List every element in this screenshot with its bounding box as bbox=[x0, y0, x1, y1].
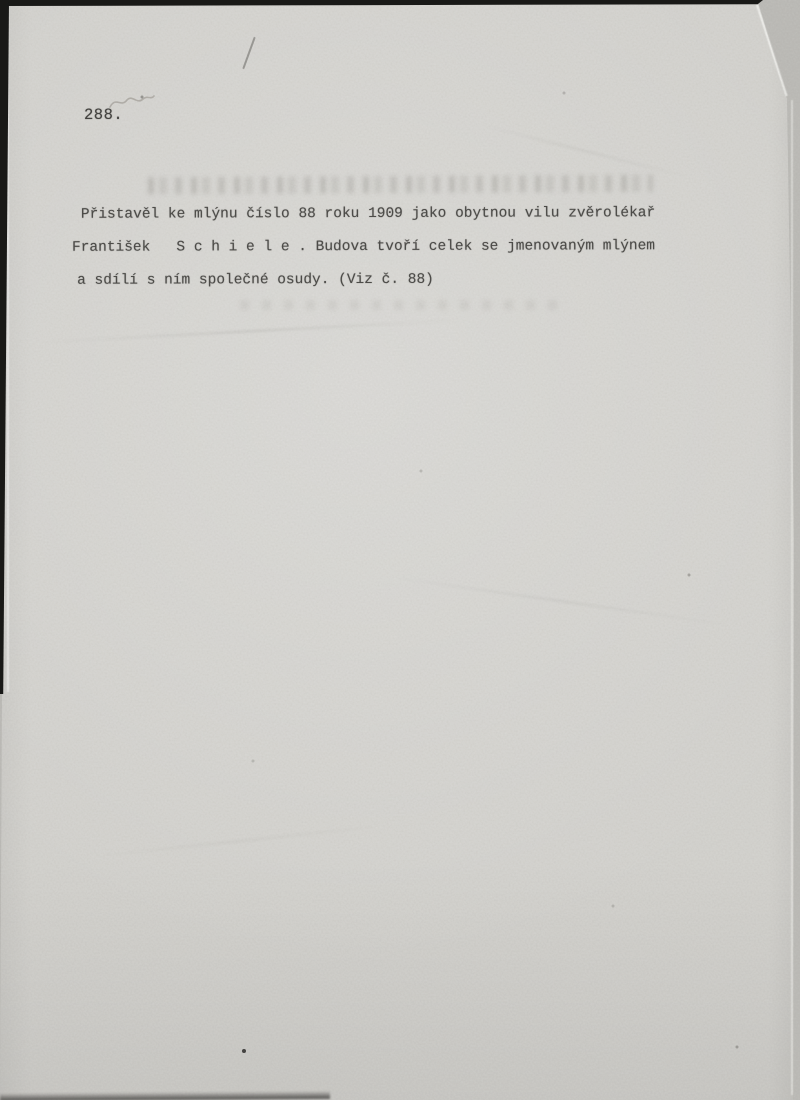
page-number: 288. bbox=[84, 106, 123, 124]
typewritten-paragraph: Přistavěl ke mlýnu číslo 88 roku 1909 ja… bbox=[72, 197, 656, 298]
paper-sheet: 288. Přistavěl ke mlýnu číslo 88 roku 19… bbox=[0, 0, 800, 1100]
paper-crease bbox=[40, 319, 470, 344]
paragraph-line-2: František S c h i e l e . Budova tvoří c… bbox=[72, 230, 655, 265]
paper-crease bbox=[473, 122, 697, 180]
stray-ink-mark bbox=[242, 37, 256, 70]
paper-crease bbox=[382, 575, 739, 627]
paragraph-line-3: a sdílí s ním společné osudy. (Viz č. 88… bbox=[77, 263, 655, 298]
paper-edge-highlight bbox=[791, 100, 793, 1095]
bleedthrough-smudge bbox=[148, 175, 653, 195]
paper-crease bbox=[91, 824, 390, 857]
bleedthrough-smudge bbox=[240, 300, 570, 310]
scanned-document-page: 288. Přistavěl ke mlýnu číslo 88 roku 19… bbox=[0, 0, 800, 1100]
paragraph-line-1: Přistavěl ke mlýnu číslo 88 roku 1909 ja… bbox=[81, 197, 655, 232]
paper-curl-shadow bbox=[0, 1091, 330, 1100]
